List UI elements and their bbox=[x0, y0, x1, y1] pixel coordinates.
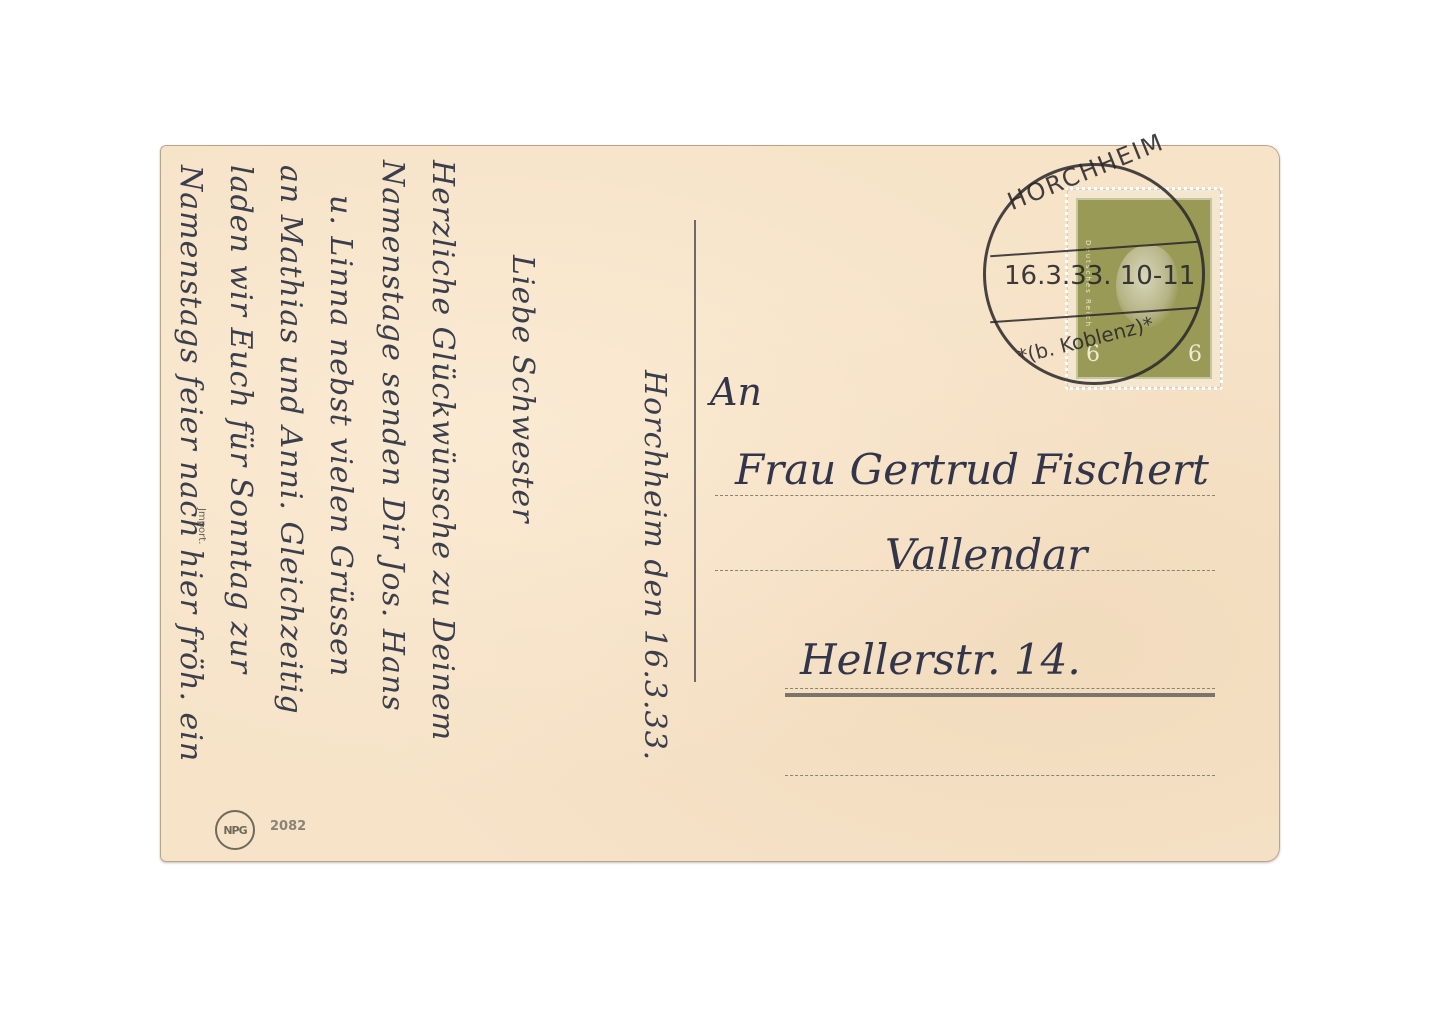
import-imprint: Jmport. bbox=[196, 508, 207, 544]
address-rule-3 bbox=[785, 688, 1215, 689]
message-line-7: Namenstags feier nach hier fröh. ein bbox=[173, 165, 208, 762]
center-divider bbox=[694, 220, 696, 682]
postmark-date: 16.3.33. 10-11 bbox=[1004, 261, 1195, 291]
message-line-5: an Mathias und Anni. Gleichzeitig bbox=[273, 165, 308, 715]
publisher-logo-icon: NPG bbox=[215, 810, 255, 850]
place-date: Horchheim den 16.3.33. bbox=[637, 370, 672, 761]
message-line-6: laden wir Euch für Sonntag zur bbox=[223, 165, 258, 674]
postmark-town: HORCHHEIM bbox=[1004, 128, 1169, 216]
postmark-bar-bottom bbox=[990, 307, 1198, 324]
message-line-4: u. Linna nebst vielen Grüssen bbox=[323, 195, 358, 677]
address-rule-1 bbox=[715, 495, 1215, 496]
postmark-cancellation: HORCHHEIM 16.3.33. 10-11 *(b. Koblenz)* bbox=[983, 163, 1205, 385]
address-city: Vallendar bbox=[885, 530, 1087, 579]
address-rule-2 bbox=[715, 570, 1215, 571]
address-underline-bar bbox=[785, 693, 1215, 697]
postcard-back: Namenstags feier nach hier fröh. ein lad… bbox=[160, 145, 1280, 862]
address-rule-4 bbox=[785, 775, 1215, 776]
message-line-2: Herzliche Glückwünsche zu Deinem bbox=[425, 160, 460, 741]
address-recipient: Frau Gertrud Fischert bbox=[735, 445, 1209, 494]
message-line-1: Liebe Schwester bbox=[505, 255, 540, 523]
message-line-3: Namenstage senden Dir Jos. Hans bbox=[375, 160, 410, 712]
postmark-bar-top bbox=[990, 241, 1198, 258]
postmark-region: *(b. Koblenz)* bbox=[1015, 312, 1156, 369]
publisher-number: 2082 bbox=[270, 819, 306, 834]
stamp-value-right: 6 bbox=[1188, 342, 1202, 367]
address-street: Hellerstr. 14. bbox=[800, 635, 1081, 684]
address-salutation: An bbox=[710, 370, 762, 414]
